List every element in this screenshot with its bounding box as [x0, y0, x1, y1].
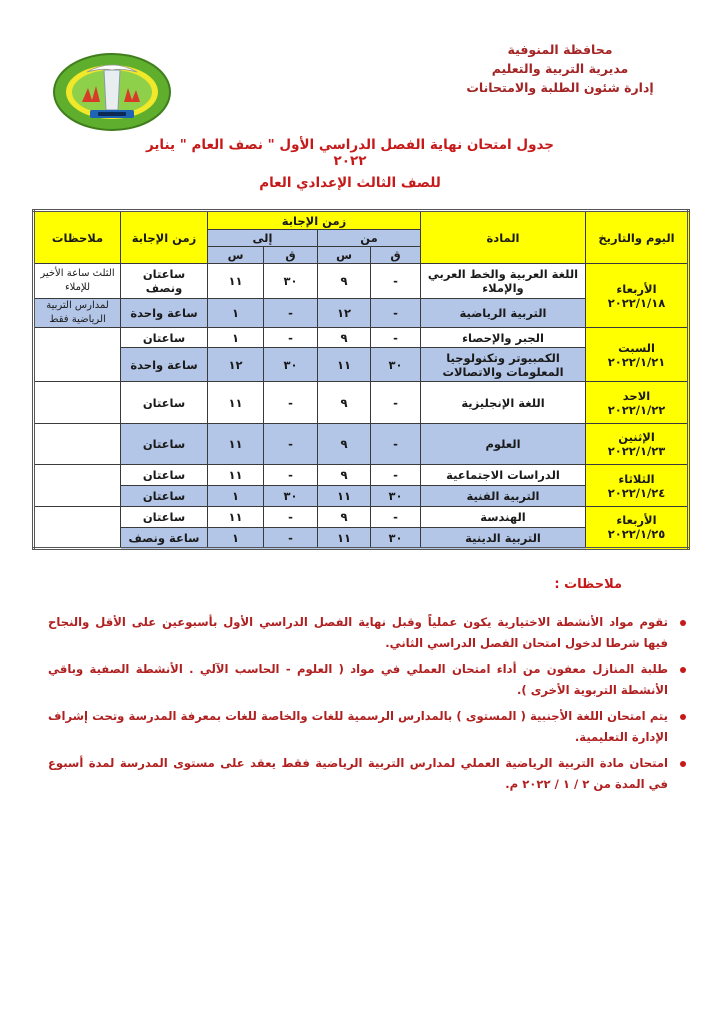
to-hour-cell: ١ — [208, 328, 264, 348]
subject-cell: العلوم — [421, 424, 586, 465]
subject-cell: التربية الفنية — [421, 486, 586, 507]
header-notes: ملاحظات — [34, 211, 121, 264]
header-to-hour: س — [208, 247, 264, 264]
note-item: امتحان مادة التربية الرياضية العملي لمدا… — [48, 753, 688, 795]
note-text: يتم امتحان اللغة الأجنبية ( المستوى ) با… — [48, 709, 668, 744]
day-date-cell: الثلاثاء ٢٠٢٢/١/٢٤ — [586, 465, 689, 507]
subject-cell: التربية الرياضية — [421, 299, 586, 328]
to-minute-cell: ٣٠ — [264, 348, 318, 382]
notes-cell: لمدارس التربية الرياضية فقط — [34, 299, 121, 328]
from-hour-cell: ١١ — [318, 486, 371, 507]
notes-cell — [34, 424, 121, 465]
to-hour-cell: ١ — [208, 299, 264, 328]
to-minute-cell: - — [264, 424, 318, 465]
day-name: الأربعاء — [588, 282, 685, 296]
table-row: السبت ٢٠٢٢/١/٢١ الجبر والإحصاء - ٩ - ١ س… — [34, 328, 689, 348]
duration-cell: ساعتان ونصف — [121, 264, 208, 299]
header-from-hour: س — [318, 247, 371, 264]
table-row: الاحد ٢٠٢٢/١/٢٢ اللغة الإنجليزية - ٩ - ١… — [34, 382, 689, 424]
from-minute-cell: - — [371, 264, 421, 299]
header-answer-time-group: زمن الإجابة — [208, 211, 421, 230]
to-minute-cell: ٣٠ — [264, 264, 318, 299]
notes-cell: الثلث ساعة الأخير للإملاء — [34, 264, 121, 299]
notes-list: تقوم مواد الأنشطة الاختيارية يكون عملياً… — [48, 612, 688, 800]
duration-cell: ساعتان — [121, 382, 208, 424]
to-minute-cell: - — [264, 328, 318, 348]
header-from: من — [318, 230, 421, 247]
to-minute-cell: - — [264, 299, 318, 328]
date: ٢٠٢٢/١/٢٥ — [588, 527, 685, 541]
to-hour-cell: ١١ — [208, 465, 264, 486]
from-minute-cell: - — [371, 465, 421, 486]
notes-cell — [34, 382, 121, 424]
date: ٢٠٢٢/١/٢٤ — [588, 486, 685, 500]
from-hour-cell: ٩ — [318, 507, 371, 528]
duration-cell: ساعتان — [121, 507, 208, 528]
issuer-header: محافظة المنوفية مديرية التربية والتعليم … — [445, 40, 675, 97]
day-name: السبت — [588, 341, 685, 355]
header-to-minute: ق — [264, 247, 318, 264]
day-name: الأربعاء — [588, 513, 685, 527]
day-date-cell: الأربعاء ٢٠٢٢/١/٢٥ — [586, 507, 689, 549]
notes-cell — [34, 328, 121, 382]
from-minute-cell: - — [371, 382, 421, 424]
from-minute-cell: - — [371, 328, 421, 348]
day-name: الثلاثاء — [588, 472, 685, 486]
subject-cell: الجبر والإحصاء — [421, 328, 586, 348]
from-minute-cell: - — [371, 299, 421, 328]
day-date-cell: السبت ٢٠٢٢/١/٢١ — [586, 328, 689, 382]
date: ٢٠٢٢/١/٢٢ — [588, 403, 685, 417]
duration-cell: ساعتان — [121, 465, 208, 486]
from-hour-cell: ٩ — [318, 328, 371, 348]
to-hour-cell: ١ — [208, 528, 264, 549]
note-item: يتم امتحان اللغة الأجنبية ( المستوى ) با… — [48, 706, 688, 748]
to-hour-cell: ١ — [208, 486, 264, 507]
subject-cell: الهندسة — [421, 507, 586, 528]
to-minute-cell: - — [264, 382, 318, 424]
notes-cell — [34, 465, 121, 507]
document-subtitle: للصف الثالث الإعدادي العام — [140, 175, 560, 191]
bullet-icon — [680, 667, 686, 673]
bullet-icon — [680, 620, 686, 626]
header-line-department: إدارة شئون الطلبة والامتحانات — [445, 78, 675, 97]
governorate-logo — [52, 50, 172, 134]
bullet-icon — [680, 714, 686, 720]
note-item: طلبة المنازل معفون من أداء امتحان العملي… — [48, 659, 688, 701]
from-hour-cell: ١١ — [318, 528, 371, 549]
header-to: إلى — [208, 230, 318, 247]
date: ٢٠٢٢/١/٢١ — [588, 355, 685, 369]
from-hour-cell: ١١ — [318, 348, 371, 382]
header-line-governorate: محافظة المنوفية — [445, 40, 675, 59]
from-minute-cell: ٣٠ — [371, 486, 421, 507]
from-hour-cell: ٩ — [318, 382, 371, 424]
from-hour-cell: ٩ — [318, 264, 371, 299]
header-day-date: اليوم والتاريخ — [586, 211, 689, 264]
to-hour-cell: ١١ — [208, 264, 264, 299]
from-minute-cell: ٣٠ — [371, 348, 421, 382]
table-row: الإثنين ٢٠٢٢/١/٢٣ العلوم - ٩ - ١١ ساعتان — [34, 424, 689, 465]
from-minute-cell: - — [371, 424, 421, 465]
to-hour-cell: ١١ — [208, 382, 264, 424]
to-minute-cell: - — [264, 507, 318, 528]
subject-cell: الدراسات الاجتماعية — [421, 465, 586, 486]
header-duration: زمن الإجابة — [121, 211, 208, 264]
duration-cell: ساعتان — [121, 424, 208, 465]
from-minute-cell: ٣٠ — [371, 528, 421, 549]
to-minute-cell: - — [264, 528, 318, 549]
day-name: الاحد — [588, 389, 685, 403]
document-title: جدول امتحان نهاية الفصل الدراسي الأول " … — [140, 137, 560, 169]
notes-heading: ملاحظات : — [554, 577, 622, 592]
duration-cell: ساعتان — [121, 328, 208, 348]
day-date-cell: الإثنين ٢٠٢٢/١/٢٣ — [586, 424, 689, 465]
table-row: الأربعاء ٢٠٢٢/١/٢٥ الهندسة - ٩ - ١١ ساعت… — [34, 507, 689, 528]
exam-schedule-table: اليوم والتاريخ المادة زمن الإجابة زمن ال… — [32, 209, 690, 550]
day-date-cell: الأربعاء ٢٠٢٢/١/١٨ — [586, 264, 689, 328]
from-hour-cell: ١٢ — [318, 299, 371, 328]
from-minute-cell: - — [371, 507, 421, 528]
logo-emblem-icon — [52, 50, 172, 134]
table-row: الثلاثاء ٢٠٢٢/١/٢٤ الدراسات الاجتماعية -… — [34, 465, 689, 486]
table-row: الأربعاء ٢٠٢٢/١/١٨ اللغة العربية والخط ا… — [34, 264, 689, 299]
to-hour-cell: ١٢ — [208, 348, 264, 382]
day-name: الإثنين — [588, 430, 685, 444]
note-text: طلبة المنازل معفون من أداء امتحان العملي… — [48, 662, 668, 697]
duration-cell: ساعتان — [121, 486, 208, 507]
to-hour-cell: ١١ — [208, 507, 264, 528]
duration-cell: ساعة ونصف — [121, 528, 208, 549]
to-minute-cell: ٣٠ — [264, 486, 318, 507]
to-hour-cell: ١١ — [208, 424, 264, 465]
note-text: امتحان مادة التربية الرياضية العملي لمدا… — [48, 756, 668, 791]
header-subject: المادة — [421, 211, 586, 264]
duration-cell: ساعة واحدة — [121, 299, 208, 328]
subject-cell: اللغة العربية والخط العربي والإملاء — [421, 264, 586, 299]
date: ٢٠٢٢/١/١٨ — [588, 296, 685, 310]
from-hour-cell: ٩ — [318, 465, 371, 486]
to-minute-cell: - — [264, 465, 318, 486]
notes-cell — [34, 507, 121, 549]
from-hour-cell: ٩ — [318, 424, 371, 465]
duration-cell: ساعة واحدة — [121, 348, 208, 382]
date: ٢٠٢٢/١/٢٣ — [588, 444, 685, 458]
subject-cell: التربية الدينية — [421, 528, 586, 549]
subject-cell: اللغة الإنجليزية — [421, 382, 586, 424]
note-item: تقوم مواد الأنشطة الاختيارية يكون عملياً… — [48, 612, 688, 654]
header-from-minute: ق — [371, 247, 421, 264]
day-date-cell: الاحد ٢٠٢٢/١/٢٢ — [586, 382, 689, 424]
bullet-icon — [680, 761, 686, 767]
header-line-directorate: مديرية التربية والتعليم — [445, 59, 675, 78]
subject-cell: الكمبيوتر وتكنولوجيا المعلومات والاتصالا… — [421, 348, 586, 382]
note-text: تقوم مواد الأنشطة الاختيارية يكون عملياً… — [48, 615, 668, 650]
